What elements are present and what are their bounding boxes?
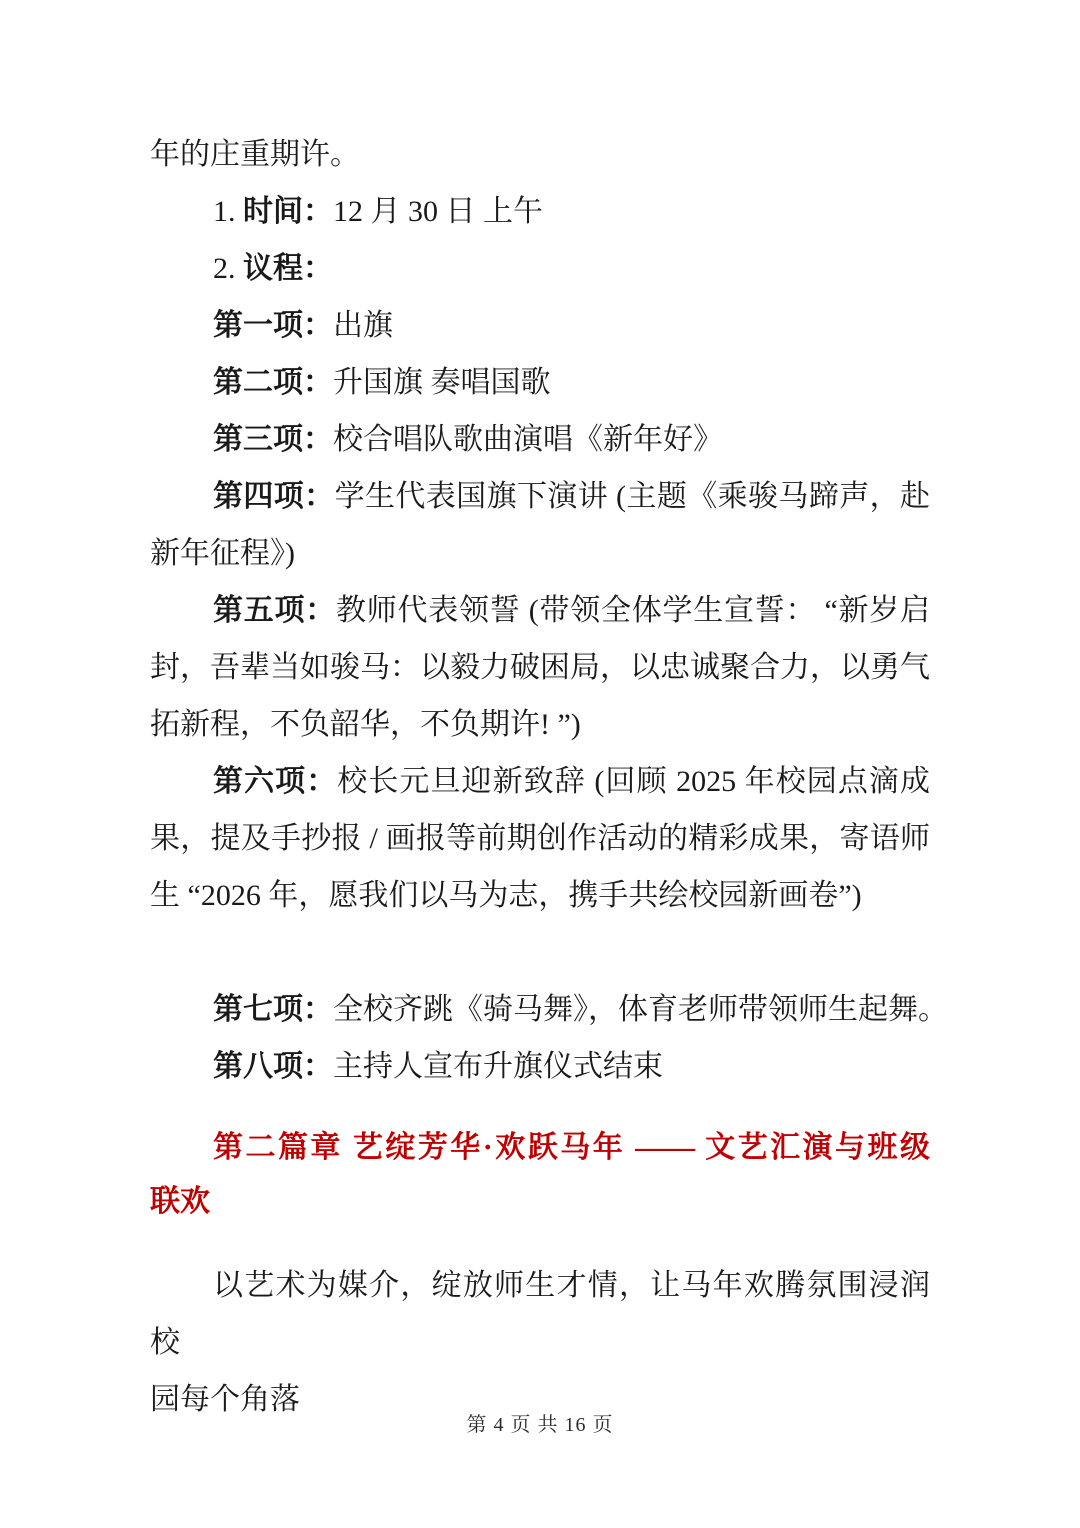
agenda-item-7: 第七项：全校齐跳《骑马舞》，体育老师带领师生起舞。 [150,981,930,1038]
closing-paragraph-line-1: 以艺术为媒介，绽放师生才情，让马年欢腾氛围浸润校 [150,1257,930,1371]
line-text: 全校齐跳《骑马舞》，体育老师带领师生起舞。 [333,993,948,1026]
item-label: 第六项： [213,765,337,798]
agenda-item-6-line-1: 第六项：校长元旦迎新致辞 (回顾 2025 年校园点滴成 [150,753,930,810]
agenda-item-6-line-3: 生 “2026 年，愿我们以马为志，携手共绘校园新画卷”) [150,867,930,924]
item-label: 第三项： [213,423,333,456]
line-text: 12 月 30 日 上午 [333,195,543,228]
line-text: 主持人宣布升旗仪式结束 [333,1050,663,1083]
section-heading-line-2: 联欢 [150,1175,930,1229]
time-line: 1. 时间：12 月 30 日 上午 [150,183,930,240]
item-label: 第五项： [213,594,336,627]
agenda-item-4-line-1: 第四项：学生代表国旗下演讲 (主题《乘骏马蹄声，赴 [150,468,930,525]
agenda-item-3: 第三项：校合唱队歌曲演唱《新年好》 [150,411,930,468]
line-text: 出旗 [333,309,393,342]
section-heading: 第二篇章 艺绽芳华·欢跃马年 —— 文艺汇演与班级 联欢 [150,1121,930,1229]
heading-text: 第二篇章 艺绽芳华·欢跃马年 —— 文艺汇演与班级 [213,1131,930,1164]
line-text: 以艺术为媒介，绽放师生才情，让马年欢腾氛围浸润校 [150,1269,930,1359]
line-text: 教师代表领誓 (带领全体学生宣誓： “新岁启 [336,594,930,627]
item-number: 1. [213,195,243,228]
agenda-item-6-line-2: 果，提及手抄报 / 画报等前期创作活动的精彩成果，寄语师 [150,810,930,867]
line-text: 果，提及手抄报 / 画报等前期创作活动的精彩成果，寄语师 [150,822,930,855]
item-label: 第二项： [213,366,333,399]
item-label: 时间： [243,195,333,228]
line-text: 升国旗 奏唱国歌 [333,366,551,399]
agenda-item-1: 第一项：出旗 [150,297,930,354]
blank-line [150,924,930,981]
line-text: 校长元旦迎新致辞 (回顾 2025 年校园点滴成 [337,765,930,798]
line-text: 学生代表国旗下演讲 (主题《乘骏马蹄声，赴 [335,480,930,513]
agenda-item-5-line-3: 拓新程，不负韶华，不负期许! ”) [150,696,930,753]
item-label: 议程： [243,252,333,285]
heading-text: 联欢 [150,1185,210,1218]
item-label: 第四项： [213,480,335,513]
item-number: 2. [213,252,243,285]
agenda-item-5-line-1: 第五项：教师代表领誓 (带领全体学生宣誓： “新岁启 [150,582,930,639]
item-label: 第一项： [213,309,333,342]
line-text: 封，吾辈当如骏马：以毅力破困局，以忠诚聚合力，以勇气 [150,651,930,684]
agenda-item-5-line-2: 封，吾辈当如骏马：以毅力破困局，以忠诚聚合力，以勇气 [150,639,930,696]
section-heading-line-1: 第二篇章 艺绽芳华·欢跃马年 —— 文艺汇演与班级 [150,1121,930,1175]
agenda-item-2: 第二项：升国旗 奏唱国歌 [150,354,930,411]
line-text: 年的庄重期许。 [150,138,360,171]
agenda-item-4-line-2: 新年征程》) [150,525,930,582]
item-label: 第七项： [213,993,333,1026]
page-footer: 第 4 页 共 16 页 [0,1412,1080,1438]
line-text: 新年征程》) [150,537,295,570]
line-text: 拓新程，不负韶华，不负期许! ”) [150,708,581,741]
document-page: 年的庄重期许。 1. 时间：12 月 30 日 上午 2. 议程： 第一项：出旗… [0,0,1080,1528]
line-text: 校合唱队歌曲演唱《新年好》 [333,423,723,456]
carry-over-line: 年的庄重期许。 [150,126,930,183]
line-text: 生 “2026 年，愿我们以马为志，携手共绘校园新画卷”) [150,879,862,912]
agenda-line: 2. 议程： [150,240,930,297]
item-label: 第八项： [213,1050,333,1083]
agenda-item-8: 第八项：主持人宣布升旗仪式结束 [150,1038,930,1095]
